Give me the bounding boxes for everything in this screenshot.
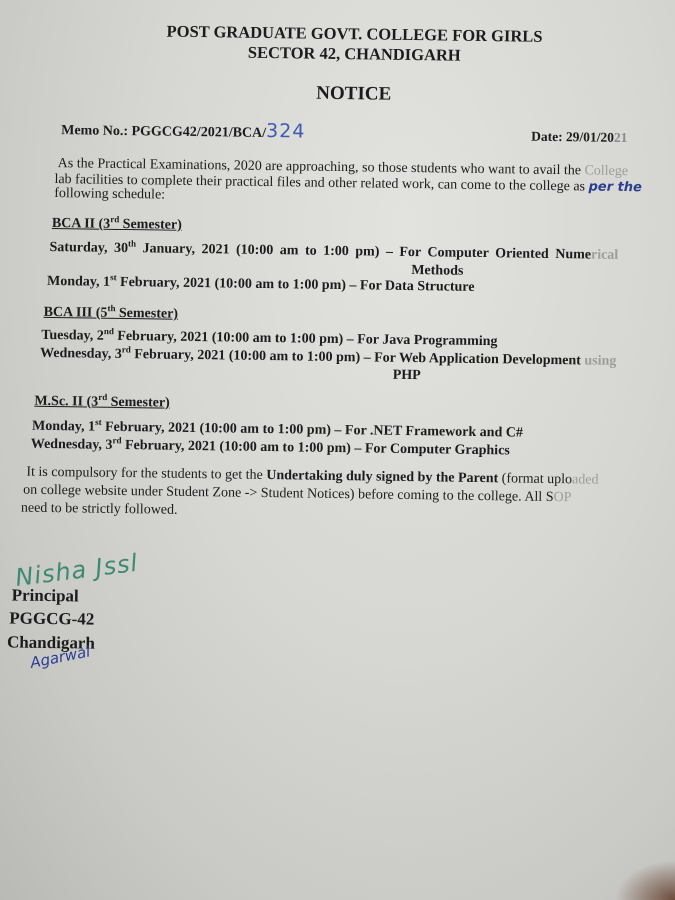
memo-label: Memo No.: PGGCG42/2021/BCA/ [61, 123, 266, 141]
intro-line-3: following schedule: [54, 186, 165, 204]
closing-bold: Undertaking duly signed by the Parent [266, 468, 498, 486]
row-day: Monday, 1 [47, 274, 110, 290]
row-rest: February, 2021 (10:00 am to 1:00 pm) – F… [101, 420, 523, 441]
closing-faded-2: OP [553, 490, 571, 505]
section-title-bca-ii: BCA II (3rd Semester) [52, 216, 182, 234]
schedule-row-wrap: PHP [393, 368, 421, 384]
row-day: Wednesday, 3 [40, 346, 122, 362]
row-rest: February, 2021 (10:00 am to 1:00 pm) – F… [131, 347, 585, 368]
intro-faded-1: College [584, 163, 628, 179]
closing-faded: aded [572, 472, 599, 487]
schedule-row: Saturday, 30th January, 2021 (10:00 am t… [49, 240, 618, 264]
notice-date: Date: 29/01/2021 [531, 129, 628, 146]
row-day: Wednesday, 3 [31, 437, 113, 453]
row-rest: February, 2021 (10:00 am to 1:00 pm) – F… [114, 329, 498, 349]
signatory-title: Principal [12, 585, 79, 606]
title-pre: BCA II (3 [52, 216, 111, 232]
closing-line-3: need to be strictly followed. [21, 501, 178, 519]
photo-shadow-corner [615, 860, 675, 900]
title-sup: rd [98, 392, 107, 402]
date-label: Date: 29/01/20 [531, 129, 614, 145]
row-faded: using [584, 353, 616, 368]
schedule-row-wrap: Methods [411, 263, 463, 280]
title-post: Semester) [115, 306, 178, 322]
row-rest: January, 2021 (10:00 am to 1:00 pm) – Fo… [136, 241, 591, 262]
title-post: Semester) [119, 217, 182, 233]
memo-handwritten-number: 324 [266, 120, 306, 143]
memo-number: Memo No.: PGGCG42/2021/BCA/324 [61, 117, 305, 142]
section-title-msc-ii: M.Sc. II (3rd Semester) [34, 394, 170, 412]
signatory-org: PGGCG-42 [9, 608, 94, 629]
section-title-bca-iii: BCA III (5th Semester) [44, 305, 179, 323]
row-sup: rd [122, 344, 131, 354]
row-sup: rd [112, 435, 121, 445]
notice-document: POST GRADUATE GOVT. COLLEGE FOR GIRLS SE… [0, 0, 675, 900]
row-day: Tuesday, 2 [41, 328, 104, 344]
row-day: Saturday, 30 [49, 240, 128, 256]
row-sup: nd [104, 326, 114, 336]
title-sup: th [107, 303, 115, 313]
page-title: NOTICE [4, 78, 675, 110]
row-day: Monday, 1 [32, 419, 95, 435]
title-pre: M.Sc. II (3 [34, 394, 98, 410]
date-faded: 21 [614, 130, 628, 145]
title-post: Semester) [107, 395, 170, 411]
row-faded: rical [591, 248, 618, 263]
closing-text: It is compulsory for the students to get… [26, 465, 266, 483]
row-rest: February, 2021 (10:00 am to 1:00 pm) – F… [121, 438, 510, 458]
closing-text-post: (format uplo [498, 471, 572, 487]
intro-handwritten: per the [588, 179, 642, 195]
title-pre: BCA III (5 [44, 305, 108, 321]
schedule-row: Wednesday, 3rd February, 2021 (10:00 am … [40, 346, 616, 370]
